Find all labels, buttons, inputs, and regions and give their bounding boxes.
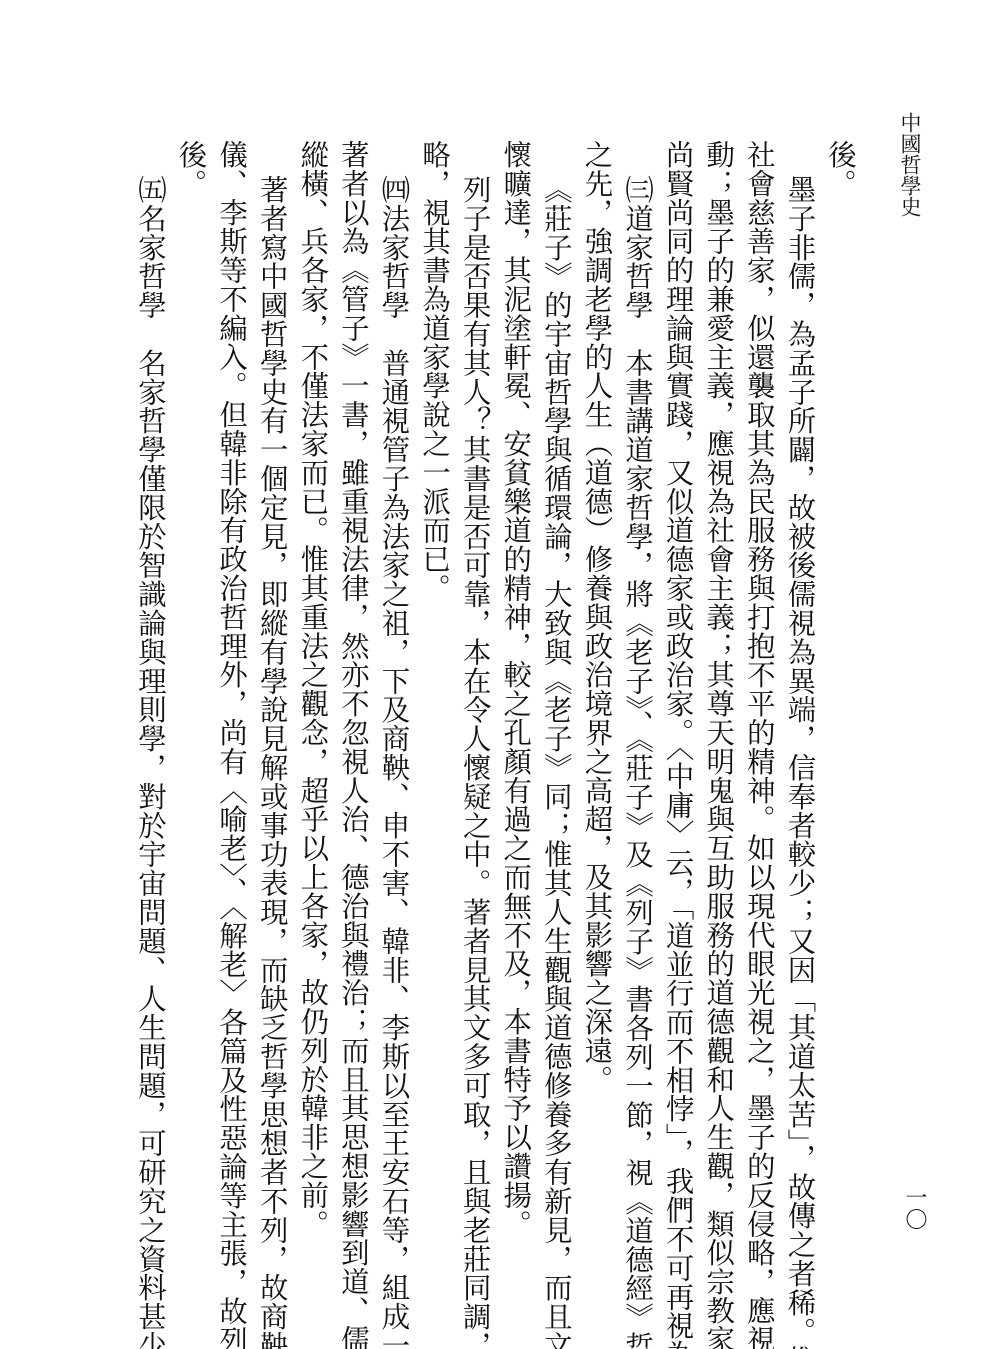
section-heading-column: ㈢道家哲學 本書講道家哲學，將《老子》、《莊子》及《列子》書各列一節，視《道德經… xyxy=(616,140,657,1240)
text-column: 動；墨子的兼愛主義，應視為社會主義；其尊天明鬼與互助服務的道德觀和人生觀，類似宗… xyxy=(698,140,739,1240)
text-column: 縱橫、兵各家，不僅法家而已。惟其重法之觀念，超乎以上各家，故仍列於韓非之前。 xyxy=(292,140,333,1240)
page-number: 一〇 xyxy=(900,1186,928,1230)
text-column: 列子是否果有其人？其書是否可靠，本在令人懷疑之中。著者見其文多可取，且與老莊同調… xyxy=(454,140,495,1240)
text-column: 著者以為《管子》一書，雖重視法律，然亦不忽視人治、德治與禮治；而且其思想影響到道… xyxy=(332,140,373,1240)
text-column: 之先，強調老學的人生（道德）修養與政治境界之高超，及其影響之深遠。 xyxy=(576,140,617,1240)
text-column: 後。 xyxy=(819,140,860,1240)
text-column: 墨子非儒，為孟子所闢，故被後儒視為異端，信奉者較少；又因「其道太苦」，故傳之者稀… xyxy=(779,140,820,1240)
text-column: 社會慈善家，似還襲取其為民服務與打抱不平的精神。如以現代眼光視之，墨子的反侵略，… xyxy=(738,140,779,1240)
text-column: 略，視其書為道家學說之一派而已。 xyxy=(413,140,454,1240)
text-column: 後。 xyxy=(170,140,211,1240)
body-text: 後。 墨子非儒，為孟子所闢，故被後儒視為異端，信奉者較少；又因「其道太苦」，故傳… xyxy=(129,140,860,1240)
running-header-title: 中國哲學史 xyxy=(896,112,924,217)
text-column: 懷曠達，其泥塗軒冕、安貧樂道的精神，較之孔顏有過之而無不及，本書特予以讚揚。 xyxy=(495,140,536,1240)
text-column: 尚賢尚同的理論與實踐，又似道德家或政治家。〈中庸〉云，「道並行而不相悖」，我們不… xyxy=(657,140,698,1240)
section-heading-column: ㈤名家哲學 名家哲學僅限於智識論與理則學，對於宇宙問題、人生問題，可研究之資料甚… xyxy=(129,140,170,1240)
text-column: 《莊子》的宇宙哲學與循環論，大致與《老子》同；惟其人生觀與道德修養多有新見，而且… xyxy=(535,140,576,1240)
text-column: 著者寫中國哲學史有一個定見，即縱有學說見解或事功表現，而缺乏哲學思想者不列，故商… xyxy=(251,140,292,1240)
section-heading-column: ㈣法家哲學 普通視管子為法家之祖，下及商鞅、申不害、韓非、李斯以至王安石等，組成… xyxy=(373,140,414,1240)
text-column: 儀、李斯等不編入。但韓非除有政治哲理外，尚有〈喻老〉、〈解老〉各篇及性惡論等主張… xyxy=(211,140,252,1240)
book-page: 中國哲學史 一〇 後。 墨子非儒，為孟子所闢，故被後儒視為異端，信奉者較少；又因… xyxy=(0,0,1000,1349)
